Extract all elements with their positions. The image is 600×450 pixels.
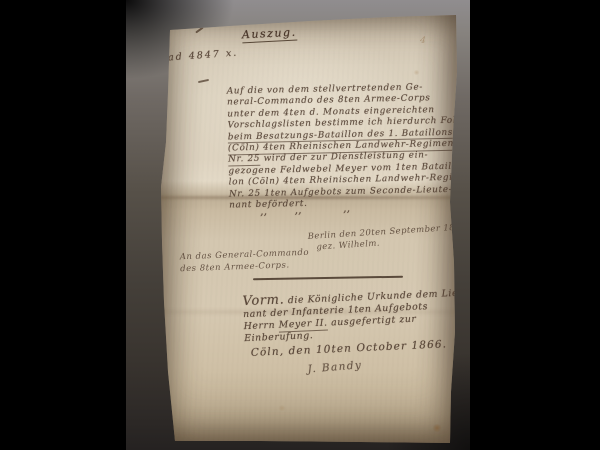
pencil-page-number: 4 [420, 36, 426, 46]
ditto-mark: ’’ [343, 208, 350, 221]
note-block: Vorm. die Königliche Urkunde dem Lieute-… [242, 286, 482, 375]
reference-number: ad 4847 x. [168, 48, 239, 64]
ditto-mark: ’’ [260, 211, 267, 224]
ditto-mark: ’’ [294, 210, 301, 223]
foxing-spot [278, 405, 286, 411]
ditto-marks-row: ’’ ’’ ’’ [260, 208, 350, 224]
pen-tick-mark [198, 79, 209, 83]
royal-signature-block: Berlin den 20ten September 1866. gez. Wi… [307, 222, 470, 254]
paper-document: Auszug. ad 4847 x. 4 Auf die von dem ste… [160, 12, 458, 445]
foxing-spot [413, 70, 420, 75]
address-block: An das General-Commando des 8ten Armee-C… [180, 248, 310, 275]
paper-stain [432, 424, 442, 432]
document-heading: Auszug. [242, 26, 297, 44]
photo-of-document: Auszug. ad 4847 x. 4 Auf die von dem ste… [0, 0, 600, 450]
body-paragraph: Auf die von dem stellvertretenden Ge- ne… [227, 82, 466, 212]
underlined-text: Nr. 25 [228, 154, 260, 166]
separator-rule [253, 276, 403, 281]
note-text: Herrn [243, 320, 278, 333]
